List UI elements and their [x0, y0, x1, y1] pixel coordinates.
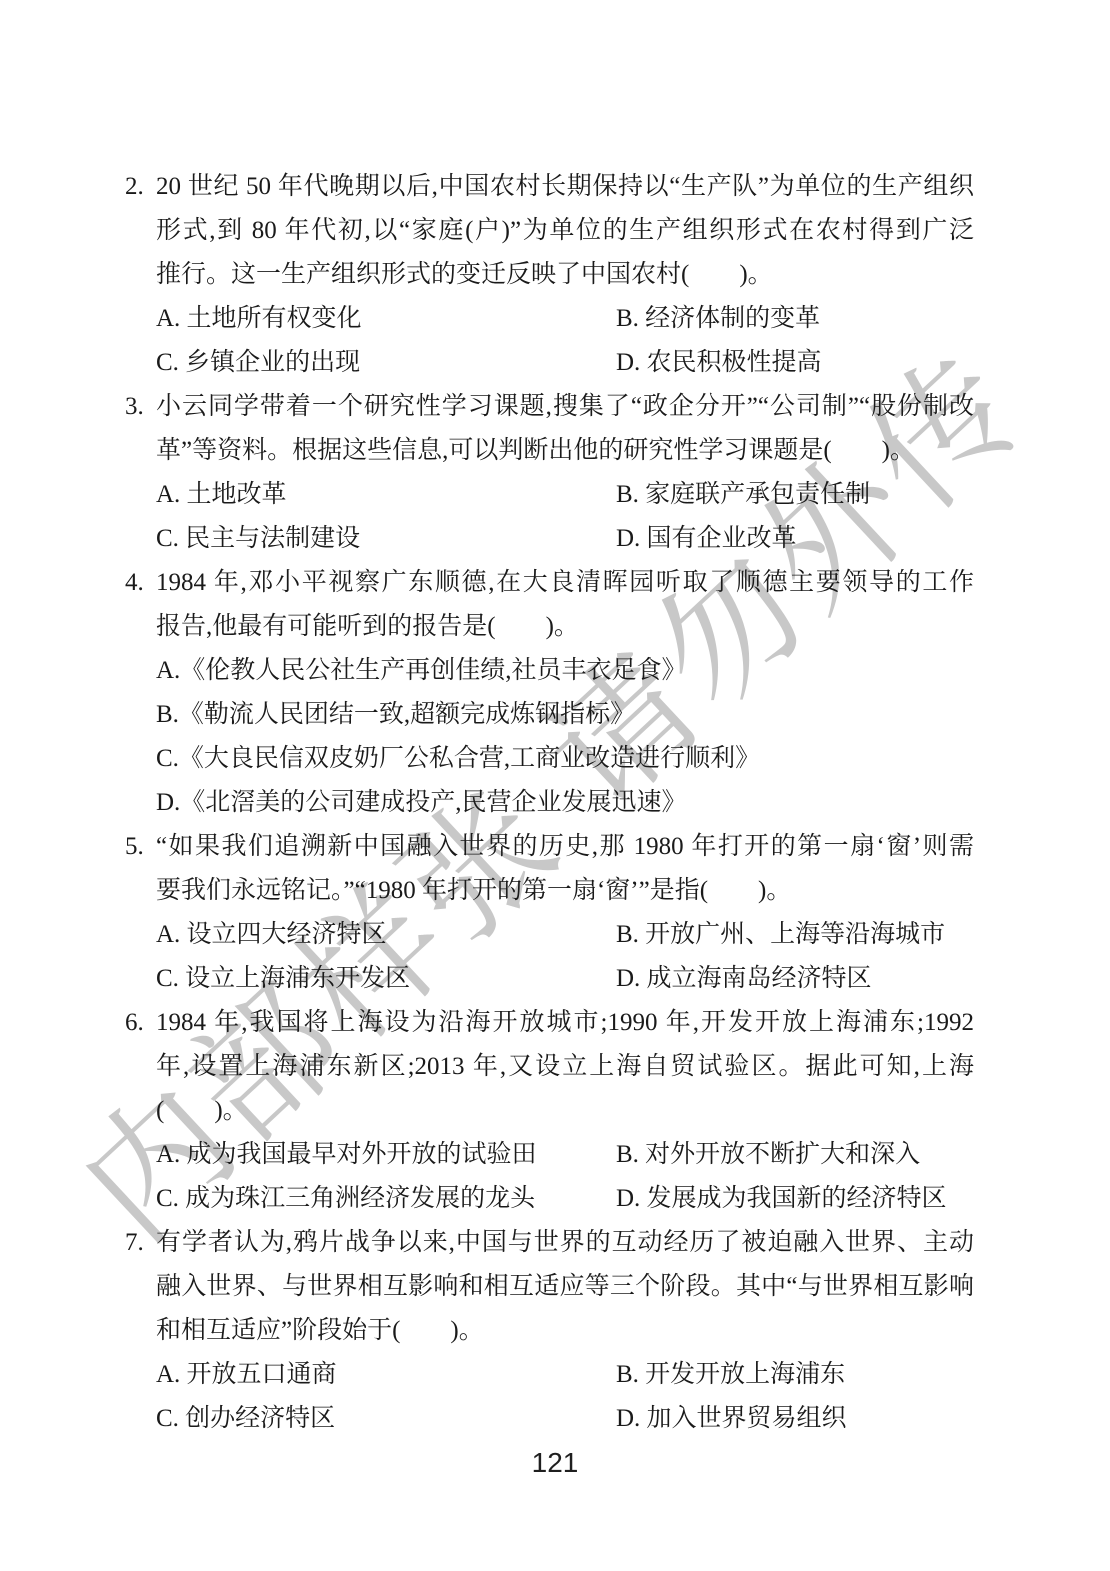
question-number: 7. [125, 1221, 144, 1265]
question-line: 有学者认为,鸦片战争以来,中国与世界的互动经历了被迫融入世界、主动 [156, 1221, 974, 1265]
option-b: B. 对外开放不断扩大和深入 [616, 1133, 920, 1177]
question-line: ( )。 [156, 1089, 974, 1133]
question-line: 报告,他最有可能听到的报告是( )。 [156, 605, 974, 649]
options-row: A. 土地改革 B. 家庭联产承包责任制 [156, 473, 974, 517]
question-line: 形式,到 80 年代初,以“家庭(户)”为单位的生产组织形式在农村得到广泛 [156, 209, 974, 253]
question-number: 2. [125, 165, 144, 209]
option-b: B.《勒流人民团结一致,超额完成炼钢指标》 [156, 693, 974, 737]
option-d: D. 农民积极性提高 [616, 341, 822, 385]
question-3: 3. 小云同学带着一个研究性学习课题,搜集了“政企分开”“公司制”“股份制改 革… [156, 385, 974, 561]
option-b: B. 经济体制的变革 [616, 297, 820, 341]
options-row: A. 开放五口通商 B. 开发开放上海浦东 [156, 1353, 974, 1397]
option-a: A. 成为我国最早对外开放的试验田 [156, 1133, 616, 1177]
question-number: 3. [125, 385, 144, 429]
options-row: C. 民主与法制建设 D. 国有企业改革 [156, 517, 974, 561]
question-line: 革”等资料。根据这些信息,可以判断出他的研究性学习课题是( )。 [156, 429, 974, 473]
option-b: B. 家庭联产承包责任制 [616, 473, 870, 517]
option-a: A. 设立四大经济特区 [156, 913, 616, 957]
question-2: 2. 20 世纪 50 年代晚期以后,中国农村长期保持以“生产队”为单位的生产组… [156, 165, 974, 385]
exam-page: { "page_number": "121", "watermark": { "… [0, 0, 1110, 1571]
question-line: “如果我们追溯新中国融入世界的历史,那 1980 年打开的第一扇‘窗’则需 [156, 825, 974, 869]
option-c: C. 设立上海浦东开发区 [156, 957, 616, 1001]
option-c: C. 民主与法制建设 [156, 517, 616, 561]
question-number: 6. [125, 1001, 144, 1045]
question-7: 7. 有学者认为,鸦片战争以来,中国与世界的互动经历了被迫融入世界、主动 融入世… [156, 1221, 974, 1441]
option-c: C.《大良民信双皮奶厂公私合营,工商业改造进行顺利》 [156, 737, 974, 781]
option-d: D.《北滘美的公司建成投产,民营企业发展迅速》 [156, 781, 974, 825]
option-d: D. 成立海南岛经济特区 [616, 957, 872, 1001]
question-line: 1984 年,我国将上海设为沿海开放城市;1990 年,开发开放上海浦东;199… [156, 1001, 974, 1045]
options-row: C. 乡镇企业的出现 D. 农民积极性提高 [156, 341, 974, 385]
question-line: 20 世纪 50 年代晚期以后,中国农村长期保持以“生产队”为单位的生产组织 [156, 165, 974, 209]
options-row: A. 设立四大经济特区 B. 开放广州、上海等沿海城市 [156, 913, 974, 957]
option-a: A. 土地所有权变化 [156, 297, 616, 341]
option-d: D. 国有企业改革 [616, 517, 797, 561]
option-c: C. 创办经济特区 [156, 1397, 616, 1441]
option-c: C. 成为珠江三角洲经济发展的龙头 [156, 1177, 616, 1221]
option-a: A. 开放五口通商 [156, 1353, 616, 1397]
option-a: A.《伦教人民公社生产再创佳绩,社员丰衣足食》 [156, 649, 974, 693]
option-b: B. 开发开放上海浦东 [616, 1353, 845, 1397]
option-d: D. 发展成为我国新的经济特区 [616, 1177, 947, 1221]
question-line: 要我们永远铭记。”“1980 年打开的第一扇‘窗’”是指( )。 [156, 869, 974, 913]
option-b: B. 开放广州、上海等沿海城市 [616, 913, 945, 957]
options-row: C. 设立上海浦东开发区 D. 成立海南岛经济特区 [156, 957, 974, 1001]
question-4: 4. 1984 年,邓小平视察广东顺德,在大良清晖园听取了顺德主要领导的工作 报… [156, 561, 974, 825]
question-line: 小云同学带着一个研究性学习课题,搜集了“政企分开”“公司制”“股份制改 [156, 385, 974, 429]
option-c: C. 乡镇企业的出现 [156, 341, 616, 385]
question-list: 2. 20 世纪 50 年代晚期以后,中国农村长期保持以“生产队”为单位的生产组… [156, 165, 974, 1441]
options-row: A. 土地所有权变化 B. 经济体制的变革 [156, 297, 974, 341]
question-line: 年,设置上海浦东新区;2013 年,又设立上海自贸试验区。据此可知,上海 [156, 1045, 974, 1089]
question-line: 推行。这一生产组织形式的变迁反映了中国农村( )。 [156, 253, 974, 297]
question-6: 6. 1984 年,我国将上海设为沿海开放城市;1990 年,开发开放上海浦东;… [156, 1001, 974, 1221]
option-d: D. 加入世界贸易组织 [616, 1397, 847, 1441]
options-row: C. 成为珠江三角洲经济发展的龙头 D. 发展成为我国新的经济特区 [156, 1177, 974, 1221]
page-number: 121 [0, 1447, 1110, 1479]
question-line: 1984 年,邓小平视察广东顺德,在大良清晖园听取了顺德主要领导的工作 [156, 561, 974, 605]
question-line: 融入世界、与世界相互影响和相互适应等三个阶段。其中“与世界相互影响 [156, 1265, 974, 1309]
options-row: C. 创办经济特区 D. 加入世界贸易组织 [156, 1397, 974, 1441]
question-5: 5. “如果我们追溯新中国融入世界的历史,那 1980 年打开的第一扇‘窗’则需… [156, 825, 974, 1001]
options-row: A. 成为我国最早对外开放的试验田 B. 对外开放不断扩大和深入 [156, 1133, 974, 1177]
question-number: 5. [125, 825, 144, 869]
question-number: 4. [125, 561, 144, 605]
option-a: A. 土地改革 [156, 473, 616, 517]
question-line: 和相互适应”阶段始于( )。 [156, 1309, 974, 1353]
